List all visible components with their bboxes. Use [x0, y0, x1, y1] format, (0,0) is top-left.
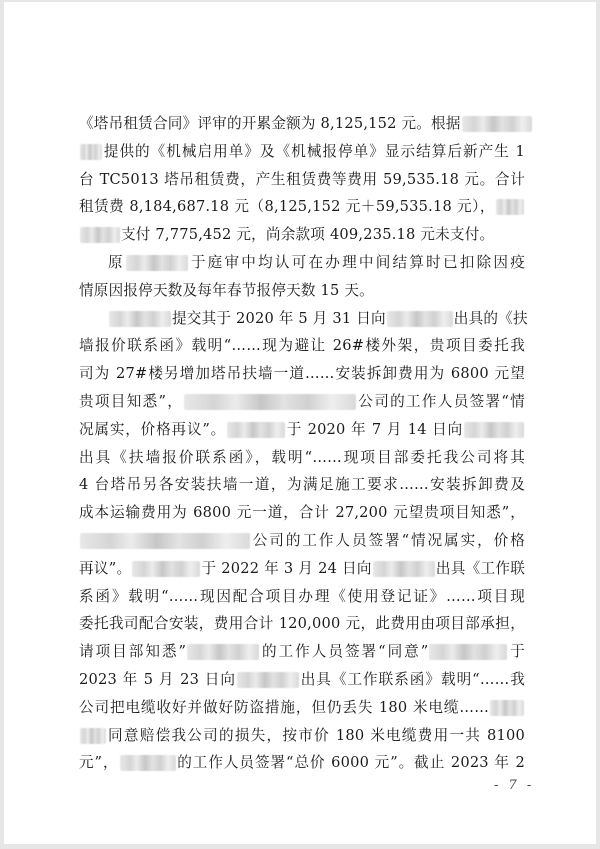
text-segment: 司为 27#楼另增加塔吊扶墙一道……安装拆卸费用为 6800 元望 — [79, 365, 525, 382]
text-segment: 公司把电缆收好并做好防盗措施，但仍丢失 180 米电缆…… — [79, 699, 489, 716]
text-segment: 况属实，价格再议”。 — [79, 421, 226, 438]
document-page: 《塔吊租赁合同》评审的开累金额为 8,125,152 元。根据提供的《机械启用单… — [4, 2, 596, 844]
text-segment: 墙报价联系函》载明“……现为避让 26#楼外架，贵项目委托我 — [79, 337, 525, 354]
text-segment: 系函》载明“……现因配合项目办理《使用登记证》……项目现 — [79, 588, 525, 605]
text-segment: 再议”。 — [79, 560, 131, 577]
text-segment: 于 2022 年 3 月 24 日向 — [201, 560, 371, 577]
redacted-block — [387, 311, 453, 327]
text-segment: 贵项目知悉”， — [79, 393, 183, 410]
text-line: 委托我司配合安装，费用合计 120,000 元，此费用由项目部承担， — [79, 610, 525, 638]
text-segment: 出具《工作联 — [436, 560, 525, 577]
text-segment: 提交其于 2020 年 5 月 31 日向 — [172, 310, 386, 327]
redacted-block — [373, 561, 435, 577]
text-line: 墙报价联系函》载明“……现为避让 26#楼外架，贵项目委托我 — [79, 332, 525, 360]
text-line: 元”，的工作人员签署“总价 6000 元”。截止 2023 年 2 — [79, 749, 525, 777]
redacted-block — [120, 755, 176, 771]
redacted-block — [237, 672, 299, 688]
text-line: 情原因报停天数及每年春节报停天数 15 天。 — [79, 277, 525, 305]
text-line: 贵项目知悉”，公司的工作人员签署“情 — [79, 388, 525, 416]
text-line: 台 TC5013 塔吊租赁费，产生租赁费等费用 59,535.18 元。合计 — [79, 166, 525, 194]
text-line: 提交其于 2020 年 5 月 31 日向出具的《扶 — [79, 305, 525, 333]
text-segment: 同意赔偿我公司的损失，按市价 180 米电缆费用一共 8100 — [107, 727, 525, 744]
redacted-block — [80, 533, 250, 549]
text-line: 原于庭审中均认可在办理中间结算时已扣除因疫 — [79, 249, 525, 277]
text-line: 再议”。于 2022 年 3 月 24 日向出具《工作联 — [79, 555, 525, 583]
text-line: 况属实，价格再议”。于 2020 年 7 月 14 日向 — [79, 416, 525, 444]
text-segment: 租赁费 8,184,687.18 元（8,125,152 元＋59,535.18… — [79, 198, 495, 215]
text-segment: 出具《工作联系函》载明“……我 — [300, 671, 525, 688]
text-line: 出具《扶墙报价联系函》，载明“……现项目部委托我公司将其 — [79, 444, 525, 472]
text-segment: 于庭审中均认可在办理中间结算时已扣除因疫 — [189, 254, 525, 271]
text-segment: 的工作人员签署“总价 6000 元”。截止 2023 年 2 — [177, 754, 526, 771]
redacted-block — [496, 199, 524, 215]
redacted-block — [80, 144, 102, 160]
text-line: 租赁费 8,184,687.18 元（8,125,152 元＋59,535.18… — [79, 193, 525, 221]
text-segment: 元”， — [79, 754, 119, 771]
text-segment: 支付 7,775,452 元，尚余款项 409,235.18 元未支付。 — [121, 226, 494, 243]
text-segment: 原 — [108, 254, 125, 271]
text-line: 司为 27#楼另增加塔吊扶墙一道……安装拆卸费用为 6800 元望 — [79, 360, 525, 388]
text-line: 提供的《机械启用单》及《机械报停单》显示结算后新产生 1 — [79, 138, 525, 166]
text-segment: 4 台塔吊另各安装扶墙一道，为满足施工要求……安装拆卸费及 — [79, 476, 525, 493]
redacted-block — [464, 422, 524, 438]
text-line: 公司把电缆收好并做好防盗措施，但仍丢失 180 米电缆…… — [79, 694, 525, 722]
redacted-block — [429, 644, 507, 660]
redacted-block — [132, 561, 200, 577]
text-segment: 出具《扶墙报价联系函》，载明“……现项目部委托我公司将其 — [79, 449, 525, 466]
text-line: 请项目部知悉”的工作人员签署“同意”于 — [79, 638, 525, 666]
text-segment: 的工作人员签署“同意” — [260, 643, 428, 660]
redacted-block — [109, 311, 171, 327]
text-segment: 委托我司配合安装，费用合计 120,000 元，此费用由项目部承担， — [79, 615, 525, 632]
redacted-block — [227, 422, 285, 438]
text-line: 《塔吊租赁合同》评审的开累金额为 8,125,152 元。根据 — [79, 110, 525, 138]
text-line: 2023 年 5 月 23 日向出具《工作联系函》载明“……我 — [79, 666, 525, 694]
text-segment: 《塔吊租赁合同》评审的开累金额为 8,125,152 元。根据 — [79, 115, 461, 132]
text-segment: 2023 年 5 月 23 日向 — [79, 671, 236, 688]
page-number: - 7 - — [494, 778, 534, 793]
redacted-block — [184, 394, 356, 410]
redacted-block — [126, 255, 188, 271]
text-segment: 请项目部知悉” — [79, 643, 186, 660]
text-line: 公司的工作人员签署“情况属实，价格 — [79, 527, 525, 555]
text-segment: 公司的工作人员签署“情 — [357, 393, 525, 410]
text-segment: 提供的《机械启用单》及《机械报停单》显示结算后新产生 1 — [103, 143, 525, 160]
text-line: 支付 7,775,452 元，尚余款项 409,235.18 元未支付。 — [79, 221, 525, 249]
text-line: 4 台塔吊另各安装扶墙一道，为满足施工要求……安装拆卸费及 — [79, 471, 525, 499]
text-segment: 情原因报停天数及每年春节报停天数 15 天。 — [79, 282, 374, 299]
text-segment: 出具的《扶 — [454, 310, 528, 327]
text-segment: 于 2020 年 7 月 14 日向 — [286, 421, 463, 438]
text-line: 同意赔偿我公司的损失，按市价 180 米电缆费用一共 8100 — [79, 722, 525, 750]
text-line: 成本运输费用为 6800 元一道，合计 27,200 元望贵项目知悉”， — [79, 499, 525, 527]
redacted-block — [462, 116, 532, 132]
redacted-block — [80, 728, 106, 744]
text-line: 系函》载明“……现因配合项目办理《使用登记证》……项目现 — [79, 583, 525, 611]
redacted-block — [187, 644, 259, 660]
text-segment: 成本运输费用为 6800 元一道，合计 27,200 元望贵项目知悉”， — [79, 504, 525, 521]
document-body: 《塔吊租赁合同》评审的开累金额为 8,125,152 元。根据提供的《机械启用单… — [79, 110, 525, 777]
text-segment: 公司的工作人员签署“情况属实，价格 — [251, 532, 525, 549]
text-segment: 台 TC5013 塔吊租赁费，产生租赁费等费用 59,535.18 元。合计 — [79, 171, 525, 188]
redacted-block — [80, 227, 120, 243]
redacted-block — [490, 700, 524, 716]
text-segment: 于 — [508, 643, 525, 660]
